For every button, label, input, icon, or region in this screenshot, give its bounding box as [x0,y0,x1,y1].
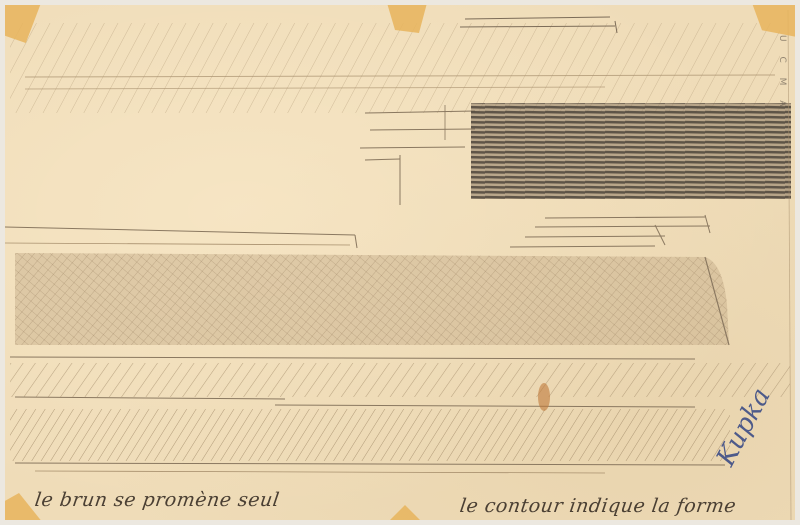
rust-stain [538,383,550,411]
caption-bottom-left: le brun se promène seul [33,489,281,511]
lower-hatched-band-2 [10,409,730,461]
mount-frame: U C M A Kupka le brun se promène seul le… [0,0,800,525]
lower-hatched-band-1 [10,363,790,397]
pencil-drawing [5,5,795,520]
top-hatched-band [10,23,780,113]
drawing-paper: U C M A Kupka le brun se promène seul le… [5,5,795,520]
caption-bottom-right: le contour indique la forme [458,495,737,517]
edge-stamp: U C M A [777,35,787,112]
